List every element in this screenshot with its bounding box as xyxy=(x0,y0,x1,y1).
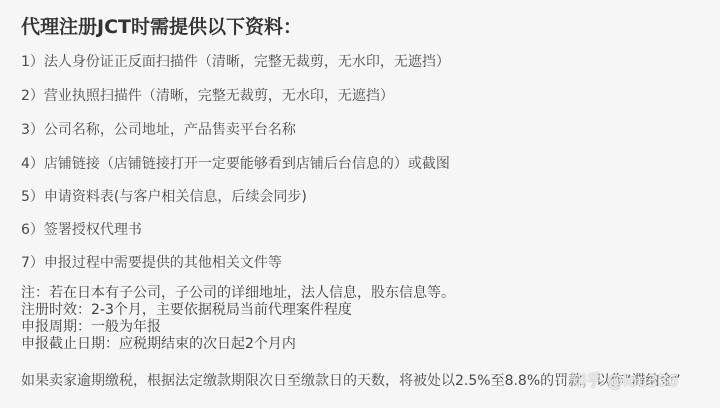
list-item: 4）店铺链接（店铺链接打开一定要能够看到店铺后台信息的）或截图 xyxy=(21,153,450,173)
document-page: 代理注册JCT时需提供以下资料： 1）法人身份证正反面扫描件（清晰，完整无裁剪，… xyxy=(0,0,720,408)
page-title: 代理注册JCT时需提供以下资料： xyxy=(21,12,302,39)
list-item: 6）签署授权代理书 xyxy=(21,219,142,239)
list-item: 3）公司名称，公司地址，产品售卖平台名称 xyxy=(21,119,296,139)
list-item: 7）申报过程中需要提供的其他相关文件等 xyxy=(21,252,282,272)
note-registration-time: 注册时效：2-3个月，主要依据税局当前代理案件程度 xyxy=(21,302,455,319)
list-item: 5）申请资料表(与客户相关信息，后续会同步) xyxy=(21,186,307,206)
list-item: 1）法人身份证正反面扫描件（清晰，完整无裁剪，无水印，无遮挡） xyxy=(21,51,450,71)
note-filing-cycle: 申报周期：一般为年报 xyxy=(21,319,455,336)
list-item: 2）营业执照扫描件（清晰，完整无裁剪，无水印，无遮挡） xyxy=(21,85,394,105)
watermark: 知乎 @lou336 xyxy=(570,368,678,391)
note-filing-deadline: 申报截止日期：应税期结束的次日起2个月内 xyxy=(21,336,455,353)
note-subsidiary: 注：若在日本有子公司，子公司的详细地址，法人信息，股东信息等。 xyxy=(21,285,455,302)
notes-block: 注：若在日本有子公司，子公司的详细地址，法人信息，股东信息等。 注册时效：2-3… xyxy=(21,285,455,353)
